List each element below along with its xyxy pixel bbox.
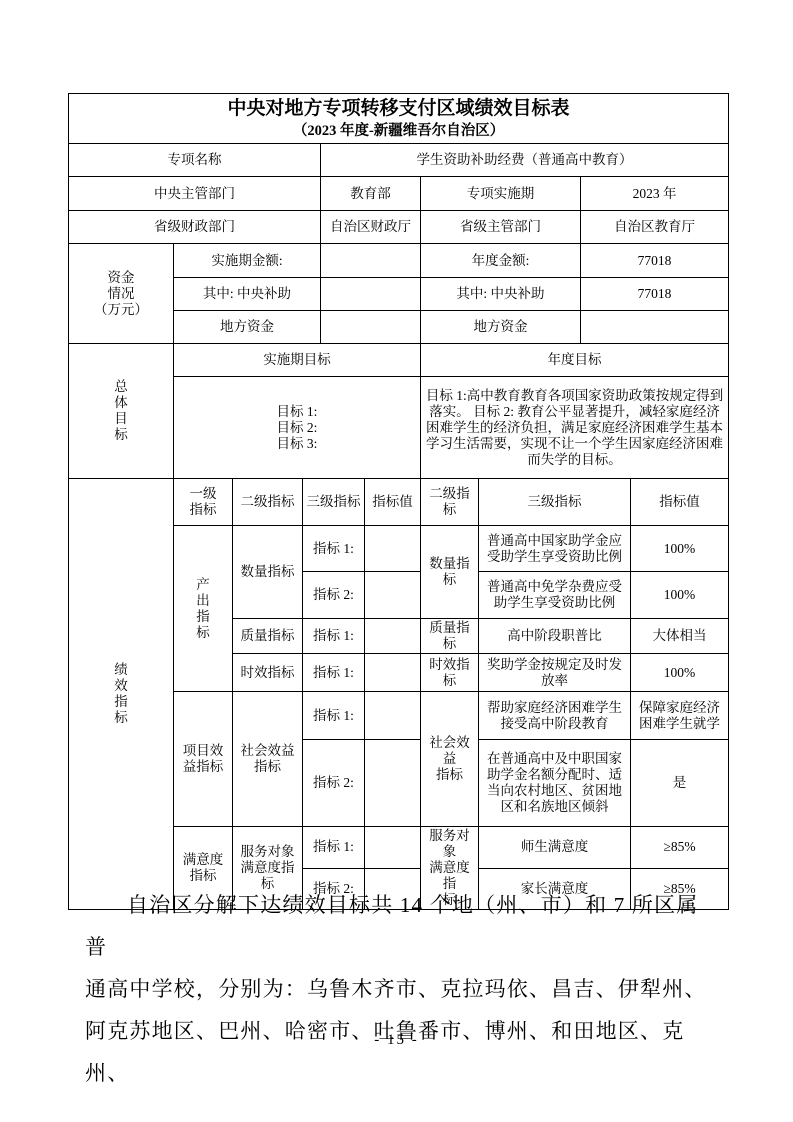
- performance-target-table: 中央对地方专项转移支付区域绩效目标表 （2023 年度-新疆维吾尔自治区） 专项…: [68, 93, 729, 910]
- quantity-row2-left-value: [365, 572, 421, 619]
- satisfaction-row1-right-value: ≥85%: [631, 827, 729, 869]
- central-dept-label: 中央主管部门: [69, 177, 321, 211]
- funds-local-label-right: 地方资金: [421, 311, 581, 344]
- central-dept-value: 教育部: [321, 177, 421, 211]
- social-row1-left-value: [365, 692, 421, 740]
- goals-section-label: 总 体 目 标: [69, 344, 174, 479]
- provincial-dept-value: 自治区教育厅: [581, 211, 729, 244]
- header-level2-right: 二级指标: [421, 479, 479, 526]
- funds-local-value-left: [321, 311, 421, 344]
- timeliness-right-value: 100%: [631, 654, 729, 692]
- funds-local-label-left: 地方资金: [174, 311, 321, 344]
- quantity-row2-right-value: 100%: [631, 572, 729, 619]
- header-level3-left: 三级指标: [303, 479, 365, 526]
- funds-annual-amount-label: 年度金额:: [421, 244, 581, 278]
- quality-left-label: 指标 1:: [303, 619, 365, 654]
- output-level1-label: 产 出 指 标: [174, 526, 233, 692]
- quantity-row2-left-label: 指标 2:: [303, 572, 365, 619]
- satisfaction-row1-right-text: 师生满意度: [479, 827, 631, 869]
- quantity-row1-left-label: 指标 1:: [303, 526, 365, 572]
- social-row2-right-text: 在普通高中及中职国家助学金名额分配时、适当向农村地区、贫困地区和名族地区倾斜: [479, 740, 631, 827]
- funds-central-subsidy-value-left: [321, 278, 421, 311]
- social-row2-left-label: 指标 2:: [303, 740, 365, 827]
- funds-period-amount-value: [321, 244, 421, 278]
- funds-central-subsidy-value-right: 77018: [581, 278, 729, 311]
- quality-right-text: 高中阶段职普比: [479, 619, 631, 654]
- document-page: 中央对地方专项转移支付区域绩效目标表 （2023 年度-新疆维吾尔自治区） 专项…: [0, 0, 793, 1122]
- funds-annual-amount-value: 77018: [581, 244, 729, 278]
- funds-section-label: 资金 情况 （万元）: [69, 244, 174, 344]
- document-title: 中央对地方专项转移支付区域绩效目标表: [72, 97, 725, 121]
- quantity-row1-right-text: 普通高中国家助学金应受助学生享受资助比例: [479, 526, 631, 572]
- provincial-finance-label: 省级财政部门: [69, 211, 321, 244]
- goals-annual-header: 年度目标: [421, 344, 729, 377]
- timeliness-left-value: [365, 654, 421, 692]
- header-value-left: 指标值: [365, 479, 421, 526]
- quality-name-left: 质量指标: [233, 619, 303, 654]
- quantity-name-right: 数量指标: [421, 526, 479, 619]
- benefit-level1-label: 项目效 益指标: [174, 692, 233, 827]
- project-name-value: 学生资助补助经费（普通高中教育）: [321, 144, 729, 177]
- social-row1-right-text: 帮助家庭经济困难学生接受高中阶段教育: [479, 692, 631, 740]
- timeliness-right-text: 奖助学金按规定及时发放率: [479, 654, 631, 692]
- timeliness-left-label: 指标 1:: [303, 654, 365, 692]
- social-row1-left-label: 指标 1:: [303, 692, 365, 740]
- goals-period-header: 实施期目标: [174, 344, 421, 377]
- social-row2-left-value: [365, 740, 421, 827]
- body-paragraph: 自治区分解下达绩效目标共 14 个地（州、市）和 7 所区属普 通高中学校，分别…: [85, 884, 715, 1094]
- social-name-left: 社会效益 指标: [233, 692, 303, 827]
- page-number: - 15 -: [0, 1032, 793, 1049]
- quantity-name-left: 数量指标: [233, 526, 303, 619]
- header-level1: 一级 指标: [174, 479, 233, 526]
- table-title-cell: 中央对地方专项转移支付区域绩效目标表 （2023 年度-新疆维吾尔自治区）: [69, 94, 729, 144]
- goals-annual-body: 目标 1:高中教育教育各项国家资助政策按规定得到落实。 目标 2: 教育公平显著…: [421, 377, 729, 479]
- implementation-period-label: 专项实施期: [421, 177, 581, 211]
- indicators-section-label: 绩 效 指 标: [69, 479, 174, 910]
- satisfaction-row1-left-value: [365, 827, 421, 869]
- social-row1-right-value: 保障家庭经济 困难学生就学: [631, 692, 729, 740]
- header-level2-left: 二级指标: [233, 479, 303, 526]
- quality-name-right: 质量指标: [421, 619, 479, 654]
- quality-right-value: 大体相当: [631, 619, 729, 654]
- funds-central-subsidy-label-right: 其中: 中央补助: [421, 278, 581, 311]
- funds-central-subsidy-label-left: 其中: 中央补助: [174, 278, 321, 311]
- timeliness-name-left: 时效指标: [233, 654, 303, 692]
- quantity-row2-right-text: 普通高中免学杂费应受助学生享受资助比例: [479, 572, 631, 619]
- social-row2-right-value: 是: [631, 740, 729, 827]
- timeliness-name-right: 时效指标: [421, 654, 479, 692]
- funds-period-amount-label: 实施期金额:: [174, 244, 321, 278]
- quantity-row1-right-value: 100%: [631, 526, 729, 572]
- funds-local-value-right: [581, 311, 729, 344]
- goals-period-body: 目标 1: 目标 2: 目标 3:: [174, 377, 421, 479]
- implementation-period-value: 2023 年: [581, 177, 729, 211]
- document-subtitle: （2023 年度-新疆维吾尔自治区）: [72, 121, 725, 141]
- provincial-dept-label: 省级主管部门: [421, 211, 581, 244]
- provincial-finance-value: 自治区财政厅: [321, 211, 421, 244]
- project-name-label: 专项名称: [69, 144, 321, 177]
- social-name-right: 社会效益 指标: [421, 692, 479, 827]
- header-level3-right: 三级指标: [479, 479, 631, 526]
- quantity-row1-left-value: [365, 526, 421, 572]
- header-value-right: 指标值: [631, 479, 729, 526]
- quality-left-value: [365, 619, 421, 654]
- satisfaction-row1-left-label: 指标 1:: [303, 827, 365, 869]
